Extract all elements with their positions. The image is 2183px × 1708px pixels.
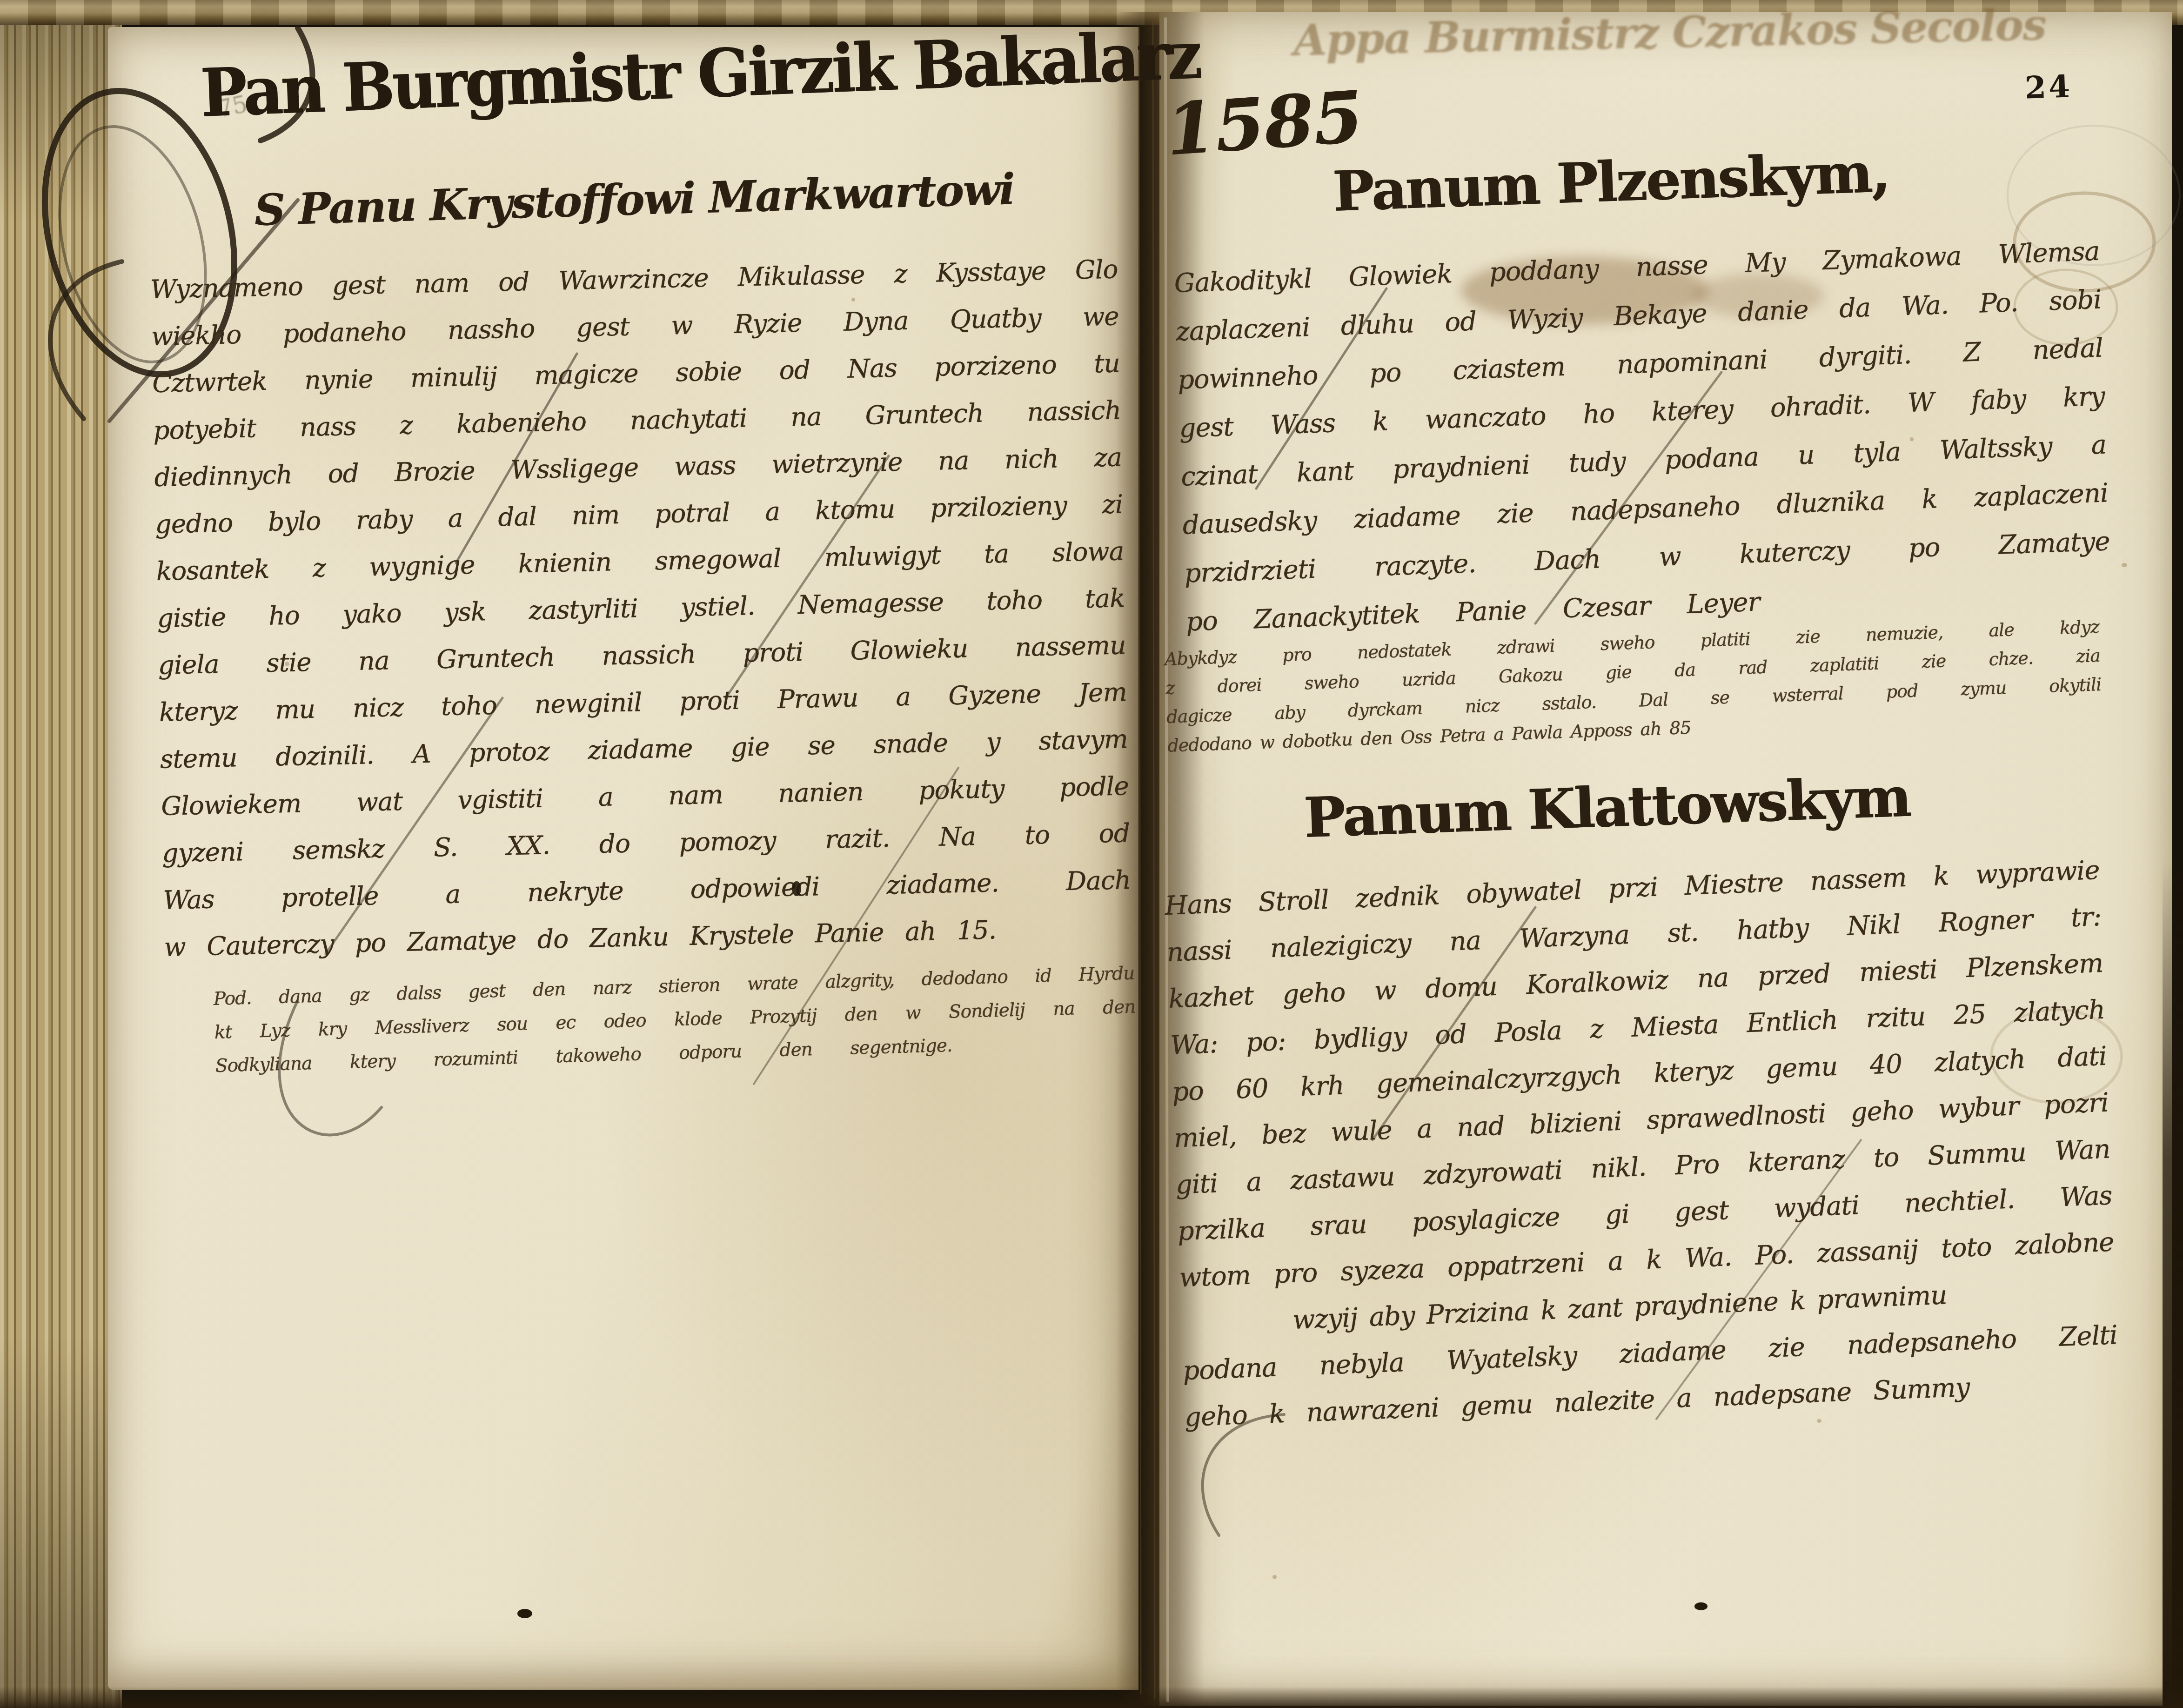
folio-page-number: 24 [2024,68,2073,106]
ink-blot [517,1609,532,1618]
left-page-body-text: Wyznameno gest nam od Wawrzincze Mikulas… [150,246,1132,971]
foxing-spot [2122,563,2127,567]
right-page-edge-shadow [2163,861,2183,1708]
plzen-paragraph: Gakoditykl Glowiek poddany nasse My Zyma… [1173,228,2112,647]
ink-blot [792,881,801,896]
book-bottom-edge [0,1687,2183,1708]
foxing-spot [1817,1419,1821,1423]
page-edge-stack [0,20,122,1708]
ink-blot [1694,1602,1708,1610]
klatovy-paragraph: Hans Stroll zednik obywatel przi Miestre… [1164,847,2120,1441]
manuscript-book-spread: Appa Burmistrz Czrakos Secolos Pan Burgm… [0,0,2183,1708]
entry-year: 1585 [1163,74,1366,171]
foxing-spot [1272,1575,1277,1579]
